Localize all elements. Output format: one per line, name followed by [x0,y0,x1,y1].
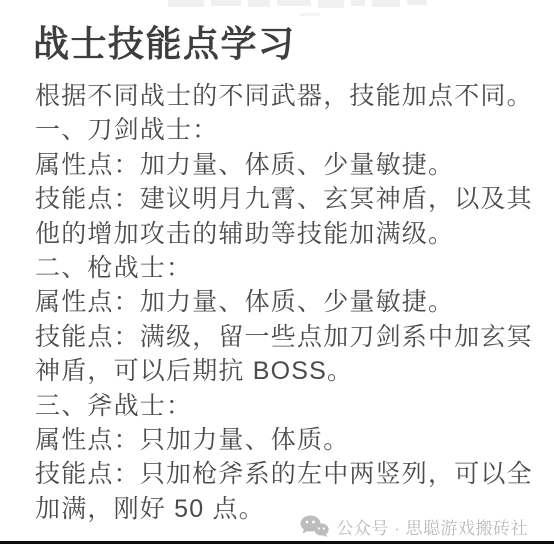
paragraph-line: 他的增加攻击的辅助等技能加满级。 [35,217,550,251]
paragraph-line: 根据不同战士的不同武器，技能加点不同。 [35,79,550,113]
article-page: 战士技能点学习 根据不同战士的不同武器，技能加点不同。 一、刀剑战士： 属性点：… [0,0,554,549]
paragraph-line: 属性点：加力量、体质、少量敏捷。 [35,148,550,182]
paragraph-line: 神盾，可以后期抗 BOSS。 [35,354,550,388]
paragraph-line: 技能点：只加枪斧系的左中两竖列，可以全 [35,457,550,491]
paragraph-line: 一、刀剑战士： [35,113,550,147]
paragraph-line: 三、斧战士： [35,389,550,423]
cutoff-glyph [211,0,241,6]
cutoff-glyph [318,0,344,8]
page-title: 战士技能点学习 [33,22,296,66]
cutoff-glyph [277,0,311,6]
bottom-divider [0,541,554,544]
article-body: 根据不同战士的不同武器，技能加点不同。 一、刀剑战士： 属性点：加力量、体质、少… [35,79,550,526]
cutoff-glyph [248,0,270,7]
watermark-text: 公众号 · 思聪游戏搬砖社 [336,514,528,539]
cutoff-glyph [351,0,365,6]
paragraph-line: 技能点：建议明月九霄、玄冥神盾，以及其 [35,182,550,216]
paragraph-line: 二、枪战士： [35,251,550,285]
cutoff-glyph [168,0,204,7]
paragraph-line: 技能点：满级，留一些点加刀剑系中加玄冥 [35,320,550,354]
paragraph-line: 属性点：加力量、体质、少量敏捷。 [35,285,550,319]
watermark: 公众号 · 思聪游戏搬砖社 [300,513,528,539]
cutoff-glyph [407,0,427,5]
wechat-icon [300,515,329,537]
cutoff-glyph [372,0,400,7]
paragraph-line: 属性点：只加力量、体质。 [35,423,550,457]
cutoff-text-fragment [168,0,448,9]
cutoff-underline-fragment [300,13,320,16]
